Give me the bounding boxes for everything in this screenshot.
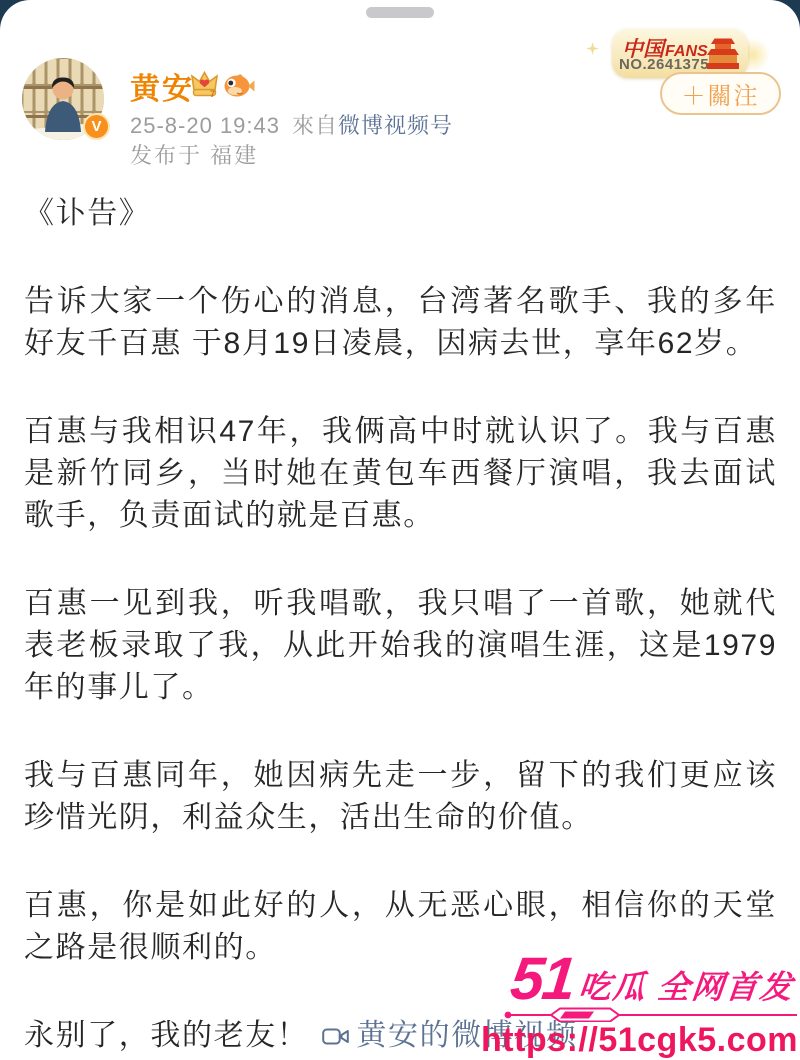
post-paragraph: 百惠与我相识47年，我俩高中时就认识了。我与百惠是新竹同乡，当时她在黄包车西餐厅… [24,411,777,537]
post-card: V 黄安 7 25-8-20 19:43來自微博视频号 发布于 福建 中国 FA… [0,0,800,1060]
location-label: 发布于 福建 [130,139,258,170]
post-meta: 25-8-20 19:43來自微博视频号 [130,109,453,140]
follow-button[interactable]: ＋關注 [660,72,781,115]
verified-letter: V [91,118,101,135]
tiananmen-gate-icon [700,32,746,74]
vip-crown-icon: 7 [189,69,220,100]
follow-button-label: ＋關注 [682,76,760,111]
drag-handle [366,7,434,18]
farewell-text: 永别了，我的老友！ [24,1015,308,1057]
video-link-label: 黄安的微博视频 [356,1015,577,1057]
video-camera-icon [322,1026,349,1047]
china-fans-badge: 中国 FANS NO.2641375 [612,29,748,78]
post-paragraph: 百惠，你是如此好的人，从无恶心眼，相信你的天堂之路是很顺利的。 [24,885,777,969]
post-content: 《讣告》 告诉大家一个伤心的消息，台湾著名歌手、我的多年好友千百惠 于8月19日… [24,193,777,1057]
post-paragraph: 《讣告》 [24,193,777,235]
from-label: 來自 [292,113,338,138]
username[interactable]: 黄安 [130,64,194,108]
fish-pendant-icon [223,70,255,100]
post-paragraph: 告诉大家一个伤心的消息，台湾著名歌手、我的多年好友千百惠 于8月19日凌晨，因病… [24,281,777,365]
fans-number: NO.2641375 [619,56,709,73]
post-paragraph: 百惠一见到我，听我唱歌，我只唱了一首歌，她就代表老板录取了我，从此开始我的演唱生… [24,583,777,709]
source-link[interactable]: 微博视频号 [338,113,453,138]
timestamp: 25-8-20 19:43 [130,113,280,138]
video-link[interactable]: 黄安的微博视频 [322,1015,577,1057]
verified-v-icon: V [83,113,110,140]
svg-text:7: 7 [210,89,215,99]
sparkle-icon [586,42,599,55]
post-paragraph: 我与百惠同年，她因病先走一步，留下的我们更应该珍惜光阴，利益众生，活出生命的价值… [24,755,777,839]
